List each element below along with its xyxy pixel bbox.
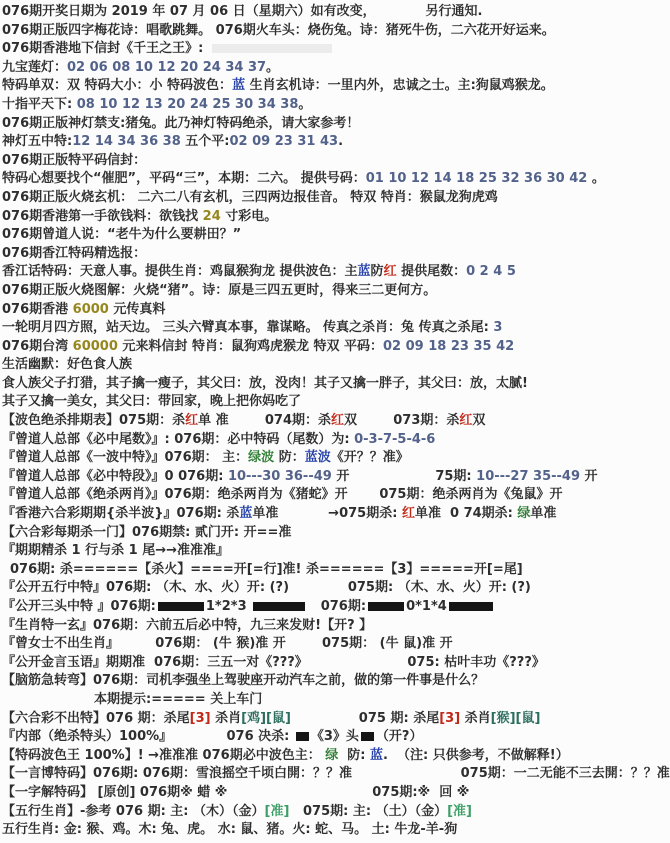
- censor-bar: [253, 602, 305, 611]
- text-line: 『曾道人总部《一波中特》』076期： 主：绿波 防：蓝波《开？？准》: [2, 449, 670, 468]
- text-segment: 杀肖: [211, 711, 242, 726]
- text-segment: 其子又擒一美女，其父曰：带回家，晚上把你妈吃了: [2, 394, 301, 409]
- text-line: 076期香港地下信封《千王之王》:: [2, 40, 670, 59]
- text-segment: 01 10 12 14 18 25 32 36 30 42: [366, 171, 588, 186]
- text-line: 特码心想要找个“催肥”，平码“三”，本期：二六。 提供号码：01 10 12 1…: [2, 170, 670, 189]
- text-line: 神灯五中特:12 14 34 36 38 五个平:02 09 23 31 43.: [2, 133, 670, 152]
- text-segment: 1*2*3: [206, 599, 251, 614]
- text-segment: 单 准 074期：杀: [198, 413, 331, 428]
- text-line: 【特码波色王 100%】! →准准准 076期必中波色主： 绿 防: 蓝. （注…: [2, 747, 670, 766]
- text-line: 076期香江特码精选报：: [2, 245, 670, 264]
- text-segment: 开 75期:: [332, 469, 476, 484]
- text-segment: 0 2 4 5: [466, 264, 516, 279]
- text-segment: 本期提示:===== 关上车门: [94, 692, 262, 707]
- text-segment: 十指平天下:: [2, 97, 77, 112]
- text-line: 076期正版四字梅花诗：唱歌跳舞。 076期火车头：烧伤兔。诗：猪死牛伤，二六花…: [2, 22, 670, 41]
- text-segment: 【六合彩每期杀一门】076期禁: 贰门开: 开==准: [2, 525, 291, 540]
- text-segment: 【一言博特码】076期: 076期：雪浪摇空千顷白開：？？准 075期：一二无能…: [2, 766, 670, 781]
- text-line: 食人族父子打猎，其子擒一瘦子，其父曰：放，没肉！其子又擒一胖子，其父曰：放，太腻…: [2, 375, 670, 394]
- text-segment: 08 10 12 13 20 24 25 30 34 38: [77, 97, 299, 112]
- text-segment: 绿波: [248, 450, 274, 465]
- text-segment: 『香港六合彩期期{杀半波}』076期: 杀: [2, 506, 239, 521]
- text-segment: 蓝: [232, 78, 245, 93]
- text-segment: 特码单双：双 特码大小：小 特码波色：: [2, 78, 232, 93]
- text-segment: 。: [298, 97, 311, 112]
- tip-sheet-document: 076期开奖日期为 2019 年 07 月 06 日（星期六）如有改变， 另行通…: [0, 0, 670, 840]
- text-segment: 『曾女士不出生肖』 076期： (牛 猴)准 开 075期： (牛 鼠)准 开: [2, 636, 453, 651]
- text-segment: 生肖玄机诗：一里内外，忠诚之士。主:狗鼠鸡猴龙。: [245, 78, 554, 93]
- text-segment: [准]: [447, 804, 472, 819]
- text-segment: 【六合彩不出特】076 期：杀尾: [2, 711, 190, 726]
- text-line: 『期期精杀 1 行与杀 1 尾→→准准准』: [2, 542, 670, 561]
- text-segment: 『公开三头中特 』076期:: [2, 599, 156, 614]
- text-segment: 6000: [73, 302, 109, 317]
- text-segment: 076期正版火烧玄机： 二六二八有玄机，三四两边报佳音。 特双 特肖：猴鼠龙狗虎…: [2, 190, 498, 205]
- text-segment: 076期香江特码精选报：: [2, 246, 146, 261]
- text-line: 【一言博特码】076期: 076期：雪浪摇空千顷白開：？？准 075期：一二无能…: [2, 765, 670, 784]
- text-line: 『公开五行中特』076期: （木、水、火）开: (?) 075期: （木、水、火…: [2, 579, 670, 598]
- text-line: 本期提示:===== 关上车门: [2, 691, 670, 710]
- text-segment: 0-3-7-5-4-6: [354, 432, 435, 447]
- text-segment: 076期台湾: [2, 339, 73, 354]
- text-segment: 防:: [338, 748, 370, 763]
- text-segment: 绿: [517, 506, 530, 521]
- text-segment: 02 06 08 10 12 20 24 34 37: [67, 60, 266, 75]
- text-segment: 076期:: [307, 599, 366, 614]
- text-segment: 『曾道人总部《绝杀两肖》』076期：绝杀两肖为《猪蛇》开 075期：绝杀两肖为《…: [2, 487, 562, 502]
- text-line: 『生肖特一玄』076期：六前五后必中特，九三来发财!【开? 】: [2, 617, 670, 636]
- tip-sheet-page: { "document_title": "076期六合彩综合资料", "colo…: [0, 0, 670, 843]
- text-segment: [猴][鼠]: [491, 711, 541, 726]
- text-segment: 【特码波色王 100%】! →准准准 076期必中波色主：: [2, 748, 325, 763]
- text-segment: 『公开金言玉语』期期准 076期：三五一对《???》 075: 枯叶丰功《???…: [2, 655, 545, 670]
- text-line: 【五行生肖】-参考 076 期: 主: （木）（金）[准] 075期: 主: （…: [2, 803, 670, 822]
- text-segment: 076期香港第一手欲钱料：欲钱找: [2, 209, 203, 224]
- text-line: 十指平天下: 08 10 12 13 20 24 25 30 34 38。: [2, 96, 670, 115]
- text-segment: 【脑筋急转弯】076期：司机李强坐上驾驶座开动汽车之前，做的第一件事是什么？: [2, 673, 484, 688]
- text-line: 076期正版神灯禁支:猪兔。此乃神灯特码绝杀，请大家参考！: [2, 115, 670, 134]
- text-segment: 提供尾数：: [397, 264, 467, 279]
- text-segment: [准]: [265, 804, 290, 819]
- text-line: 香江话特码：天意人事。提供生肖：鸡鼠猴狗龙 提供波色：主蓝防红 提供尾数：0 2…: [2, 263, 670, 282]
- text-segment: 元来料信封 特肖：鼠狗鸡虎猴龙 特双 平码：: [118, 339, 383, 354]
- text-segment: 『生肖特一玄』076期：六前五后必中特，九三来发财!【开? 】: [2, 618, 372, 633]
- text-segment: [3]: [439, 711, 460, 726]
- text-segment: 076期香港: [2, 302, 73, 317]
- text-line: 【六合彩不出特】076 期：杀尾[3] 杀肖[鸡][鼠] 075 期: 杀尾[3…: [2, 710, 670, 729]
- text-segment: 五个平:: [181, 134, 230, 149]
- text-segment: 单准 →075期杀:: [252, 506, 402, 521]
- text-line: 一轮明月四方照，站天边。 三头六臂真本事，靠谋略。 传真之杀肖：兔 传真之杀尾:…: [2, 319, 670, 338]
- text-segment: 『公开五行中特』076期: （木、水、火）开: (?) 075期: （木、水、火…: [2, 580, 531, 595]
- text-segment: 双: [472, 413, 485, 428]
- text-segment: 一轮明月四方照，站天边。 三头六臂真本事，靠谋略。 传真之杀肖：兔 传真之杀尾:: [2, 320, 493, 335]
- text-line: 『公开金言玉语』期期准 076期：三五一对《???》 075: 枯叶丰功《???…: [2, 654, 670, 673]
- text-segment: 九宝莲灯：: [2, 60, 67, 75]
- text-segment: 『曾道人总部《一波中特》』076期： 主：: [2, 450, 248, 465]
- text-line: 【波色绝杀排期表】075期：杀红单 准 074期：杀红双 073期：杀红双: [2, 412, 670, 431]
- text-segment: 红: [459, 413, 472, 428]
- censor-bar: [361, 732, 374, 741]
- text-line: 【一字解特码】 [原创] 076期※ 蜡 ※ 075期:※ 回 ※: [2, 784, 670, 803]
- text-segment: 防：: [274, 450, 305, 465]
- text-segment: 076期曾道人说：“老牛为什么要耕田？”: [2, 227, 241, 242]
- text-segment: 10---30 36--49: [228, 469, 332, 484]
- text-segment: 开: [580, 469, 598, 484]
- text-line: 『内部（绝杀特头）100%』 076 决杀: 《3》头（开?）: [2, 728, 670, 747]
- text-segment: 【五行生肖】-参考 076 期: 主: （木）（金）: [2, 804, 265, 819]
- text-line: 076期台湾 60000 元来料信封 特肖：鼠狗鸡虎猴龙 特双 平码：02 09…: [2, 338, 670, 357]
- text-segment: 。: [266, 60, 279, 75]
- text-segment: 蓝波: [305, 450, 331, 465]
- text-segment: 元传真料: [109, 302, 166, 317]
- text-segment: . （注: 只供参考，不做解释!）: [383, 748, 569, 763]
- text-segment: 02 09 18 23 35 42: [383, 339, 514, 354]
- text-line: 076期开奖日期为 2019 年 07 月 06 日（星期六）如有改变， 另行通…: [2, 3, 670, 22]
- text-segment: 生活幽默：好色食人族: [2, 357, 132, 372]
- censor-bar: [449, 602, 493, 611]
- text-line: 生活幽默：好色食人族: [2, 356, 670, 375]
- text-segment: 『内部（绝杀特头）100%』 076 决杀:: [2, 729, 294, 744]
- text-segment: 绿: [325, 748, 338, 763]
- text-line: 其子又擒一美女，其父曰：带回家，晚上把你妈吃了: [2, 393, 670, 412]
- text-segment: 076期正版特平码信封：: [2, 153, 146, 168]
- text-segment: 24: [203, 209, 221, 224]
- text-segment: 单准: [530, 506, 556, 521]
- text-segment: 076期正版四字梅花诗：唱歌跳舞。 076期火车头：烧伤兔。诗：猪死牛伤，二六花…: [2, 23, 555, 38]
- text-line: 『香港六合彩期期{杀半波}』076期: 杀蓝单准 →075期杀: 红单准 0 7…: [2, 505, 670, 524]
- censor-bar: [158, 602, 204, 611]
- text-segment: 香江话特码：天意人事。提供生肖：鸡鼠猴狗龙 提供波色：主: [2, 264, 358, 279]
- text-line: 『曾道人总部《绝杀两肖》』076期：绝杀两肖为《猪蛇》开 075期：绝杀两肖为《…: [2, 486, 670, 505]
- text-line: 『曾道人总部《必中特段》』0 076期: 10---30 36--49 开 75…: [2, 468, 670, 487]
- text-line: 【六合彩每期杀一门】076期禁: 贰门开: 开==准: [2, 524, 670, 543]
- text-segment: 『期期精杀 1 行与杀 1 尾→→准准准』: [2, 543, 229, 558]
- text-segment: 02 09 23 31 43: [230, 134, 339, 149]
- text-line: 076期香港 6000 元传真料: [2, 301, 670, 320]
- text-line: 『曾道人总部《必中尾数》』: 076期：必中特码（尾数）为: 0-3-7-5-4…: [2, 431, 670, 450]
- text-segment: 蓝: [370, 748, 383, 763]
- text-segment: 【一字解特码】 [原创] 076期※ 蜡 ※ 075期:※ 回 ※: [2, 785, 469, 800]
- text-segment: 076期香港地下信封《千王之王》:: [2, 41, 212, 56]
- text-line: 076期曾道人说：“老牛为什么要耕田？”: [2, 226, 670, 245]
- text-segment: 五行生肖: 金: 猴、鸡。木: 兔、虎。 水: 鼠、猪。火: 蛇、马。 土: 牛…: [2, 822, 457, 837]
- text-segment: 寸彩电。: [221, 209, 278, 224]
- text-line: 『公开三头中特 』076期:1*2*3 076期:0*1*4: [2, 598, 670, 617]
- text-segment: 红: [384, 264, 397, 279]
- text-line: 特码单双：双 特码大小：小 特码波色：蓝 生肖玄机诗：一里内外，忠诚之士。主:狗…: [2, 77, 670, 96]
- text-segment: 单准 0 74期杀:: [415, 506, 517, 521]
- censor-bar: [368, 602, 404, 611]
- text-segment: 075 期: 杀尾: [291, 711, 439, 726]
- text-line: 076期: 杀======【杀火】====开[=行]准! 杀======【3】=…: [2, 561, 670, 580]
- text-segment: 《开？？准》: [331, 450, 409, 465]
- text-segment: 『曾道人总部《必中特段》』0 076期:: [2, 469, 228, 484]
- text-segment: 076期开奖日期为 2019 年 07 月 06 日（星期六）如有改变， 另行通…: [2, 4, 482, 19]
- text-line: 五行生肖: 金: 猴、鸡。木: 兔、虎。 水: 鼠、猪。火: 蛇、马。 土: 牛…: [2, 821, 670, 840]
- text-segment: 神灯五中特:: [2, 134, 72, 149]
- text-line: 『曾女士不出生肖』 076期： (牛 猴)准 开 075期： (牛 鼠)准 开: [2, 635, 670, 654]
- text-segment: 『曾道人总部《必中尾数》』: 076期：必中特码（尾数）为:: [2, 432, 354, 447]
- text-segment: 076期正版火烧图解：火烧“猪”。诗：原是三四五更时，得来三二更何方。: [2, 283, 436, 298]
- text-segment: [3]: [190, 711, 211, 726]
- text-line: 076期正版火烧玄机： 二六二八有玄机，三四两边报佳音。 特双 特肖：猴鼠龙狗虎…: [2, 189, 670, 208]
- text-segment: 【波色绝杀排期表】075期：杀: [2, 413, 185, 428]
- text-segment: 双 073期：杀: [344, 413, 459, 428]
- text-line: 076期香港第一手欲钱料：欲钱找 24 寸彩电。: [2, 208, 670, 227]
- censor-bar: [296, 732, 309, 741]
- text-line: 076期正版火烧图解：火烧“猪”。诗：原是三四五更时，得来三二更何方。: [2, 282, 670, 301]
- text-segment: 。: [587, 171, 605, 186]
- redacted-area: [212, 44, 332, 53]
- text-line: 076期正版特平码信封：: [2, 152, 670, 171]
- text-segment: [鸡][鼠]: [241, 711, 291, 726]
- text-segment: 红: [331, 413, 344, 428]
- text-segment: 防: [371, 264, 384, 279]
- text-segment: 蓝: [239, 506, 252, 521]
- text-segment: 0*1*4: [406, 599, 447, 614]
- text-segment: 075期: 主: （土）（金）: [289, 804, 447, 819]
- text-segment: 红: [402, 506, 415, 521]
- text-segment: 3: [493, 320, 502, 335]
- text-line: 九宝莲灯：02 06 08 10 12 20 24 34 37。: [2, 59, 670, 78]
- text-segment: 10---27 35--49: [476, 469, 580, 484]
- text-segment: 红: [185, 413, 198, 428]
- text-segment: 076期: 杀======【杀火】====开[=行]准! 杀======【3】=…: [10, 562, 523, 577]
- text-segment: 特码心想要找个“催肥”，平码“三”，本期：二六。 提供号码：: [2, 171, 366, 186]
- text-line: 【脑筋急转弯】076期：司机李强坐上驾驶座开动汽车之前，做的第一件事是什么？: [2, 672, 670, 691]
- text-segment: （开?）: [376, 729, 423, 744]
- text-segment: 60000: [73, 339, 118, 354]
- text-segment: 《3》头: [311, 729, 359, 744]
- text-segment: .: [338, 134, 343, 149]
- text-segment: 12 14 34 36 38: [72, 134, 181, 149]
- text-segment: 蓝: [358, 264, 371, 279]
- text-segment: 食人族父子打猎，其子擒一瘦子，其父曰：放，没肉！其子又擒一胖子，其父曰：放，太腻…: [2, 376, 528, 391]
- text-segment: 杀肖: [460, 711, 491, 726]
- text-segment: 076期正版神灯禁支:猪兔。此乃神灯特码绝杀，请大家参考！: [2, 116, 359, 131]
